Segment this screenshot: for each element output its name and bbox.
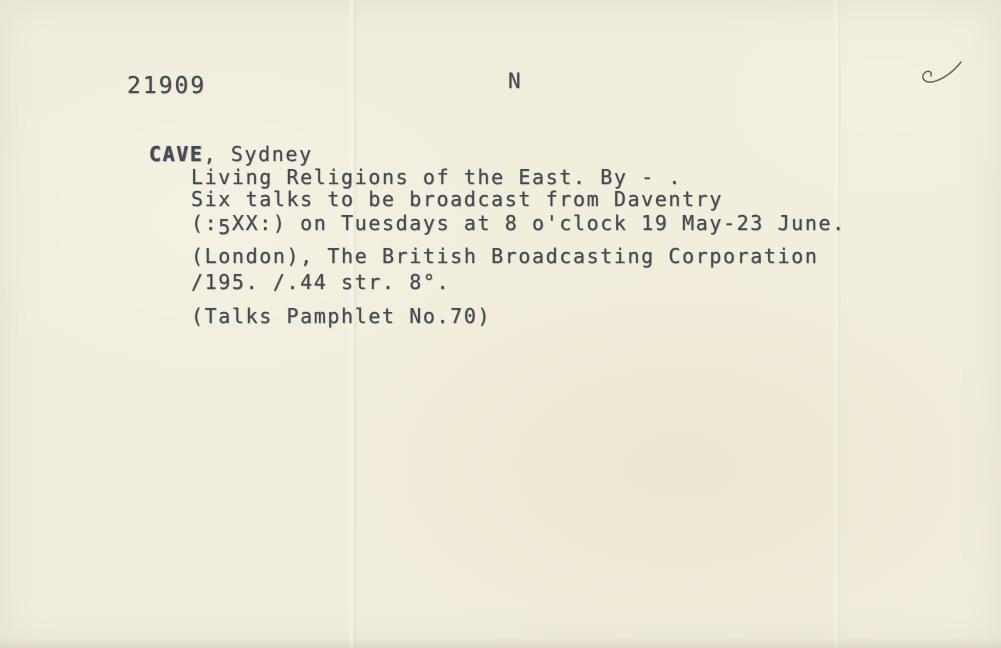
author-heading: CAVE, Sydney bbox=[149, 144, 313, 164]
card-crease-right bbox=[833, 0, 842, 648]
series-note: (Talks Pamphlet No.70) bbox=[191, 306, 491, 326]
schedule-subscript-five: 5 bbox=[218, 217, 232, 237]
schedule-pre: (: bbox=[191, 211, 218, 235]
schedule-line: (:5XX:) on Tuesdays at 8 o'clock 19 May-… bbox=[191, 213, 846, 233]
catalog-card: 21909 N CAVE, Sydney Living Religions of… bbox=[0, 0, 1001, 648]
imprint-line: (London), The British Broadcasting Corpo… bbox=[191, 246, 819, 266]
accession-number: 21909 bbox=[127, 75, 206, 98]
title-line-2: Six talks to be broadcast from Daventry bbox=[191, 189, 723, 209]
card-bottom-shade bbox=[0, 638, 1001, 648]
collation-line: /195. /.44 str. 8°. bbox=[191, 272, 450, 292]
section-letter: N bbox=[508, 71, 522, 92]
schedule-post: XX:) on Tuesdays at 8 o'clock 19 May-23 … bbox=[232, 211, 846, 235]
pen-checkmark-icon bbox=[917, 59, 965, 87]
author-forename: , Sydney bbox=[204, 142, 313, 166]
title-line-1: Living Religions of the East. By - . bbox=[191, 167, 682, 187]
author-surname: CAVE bbox=[149, 142, 204, 166]
